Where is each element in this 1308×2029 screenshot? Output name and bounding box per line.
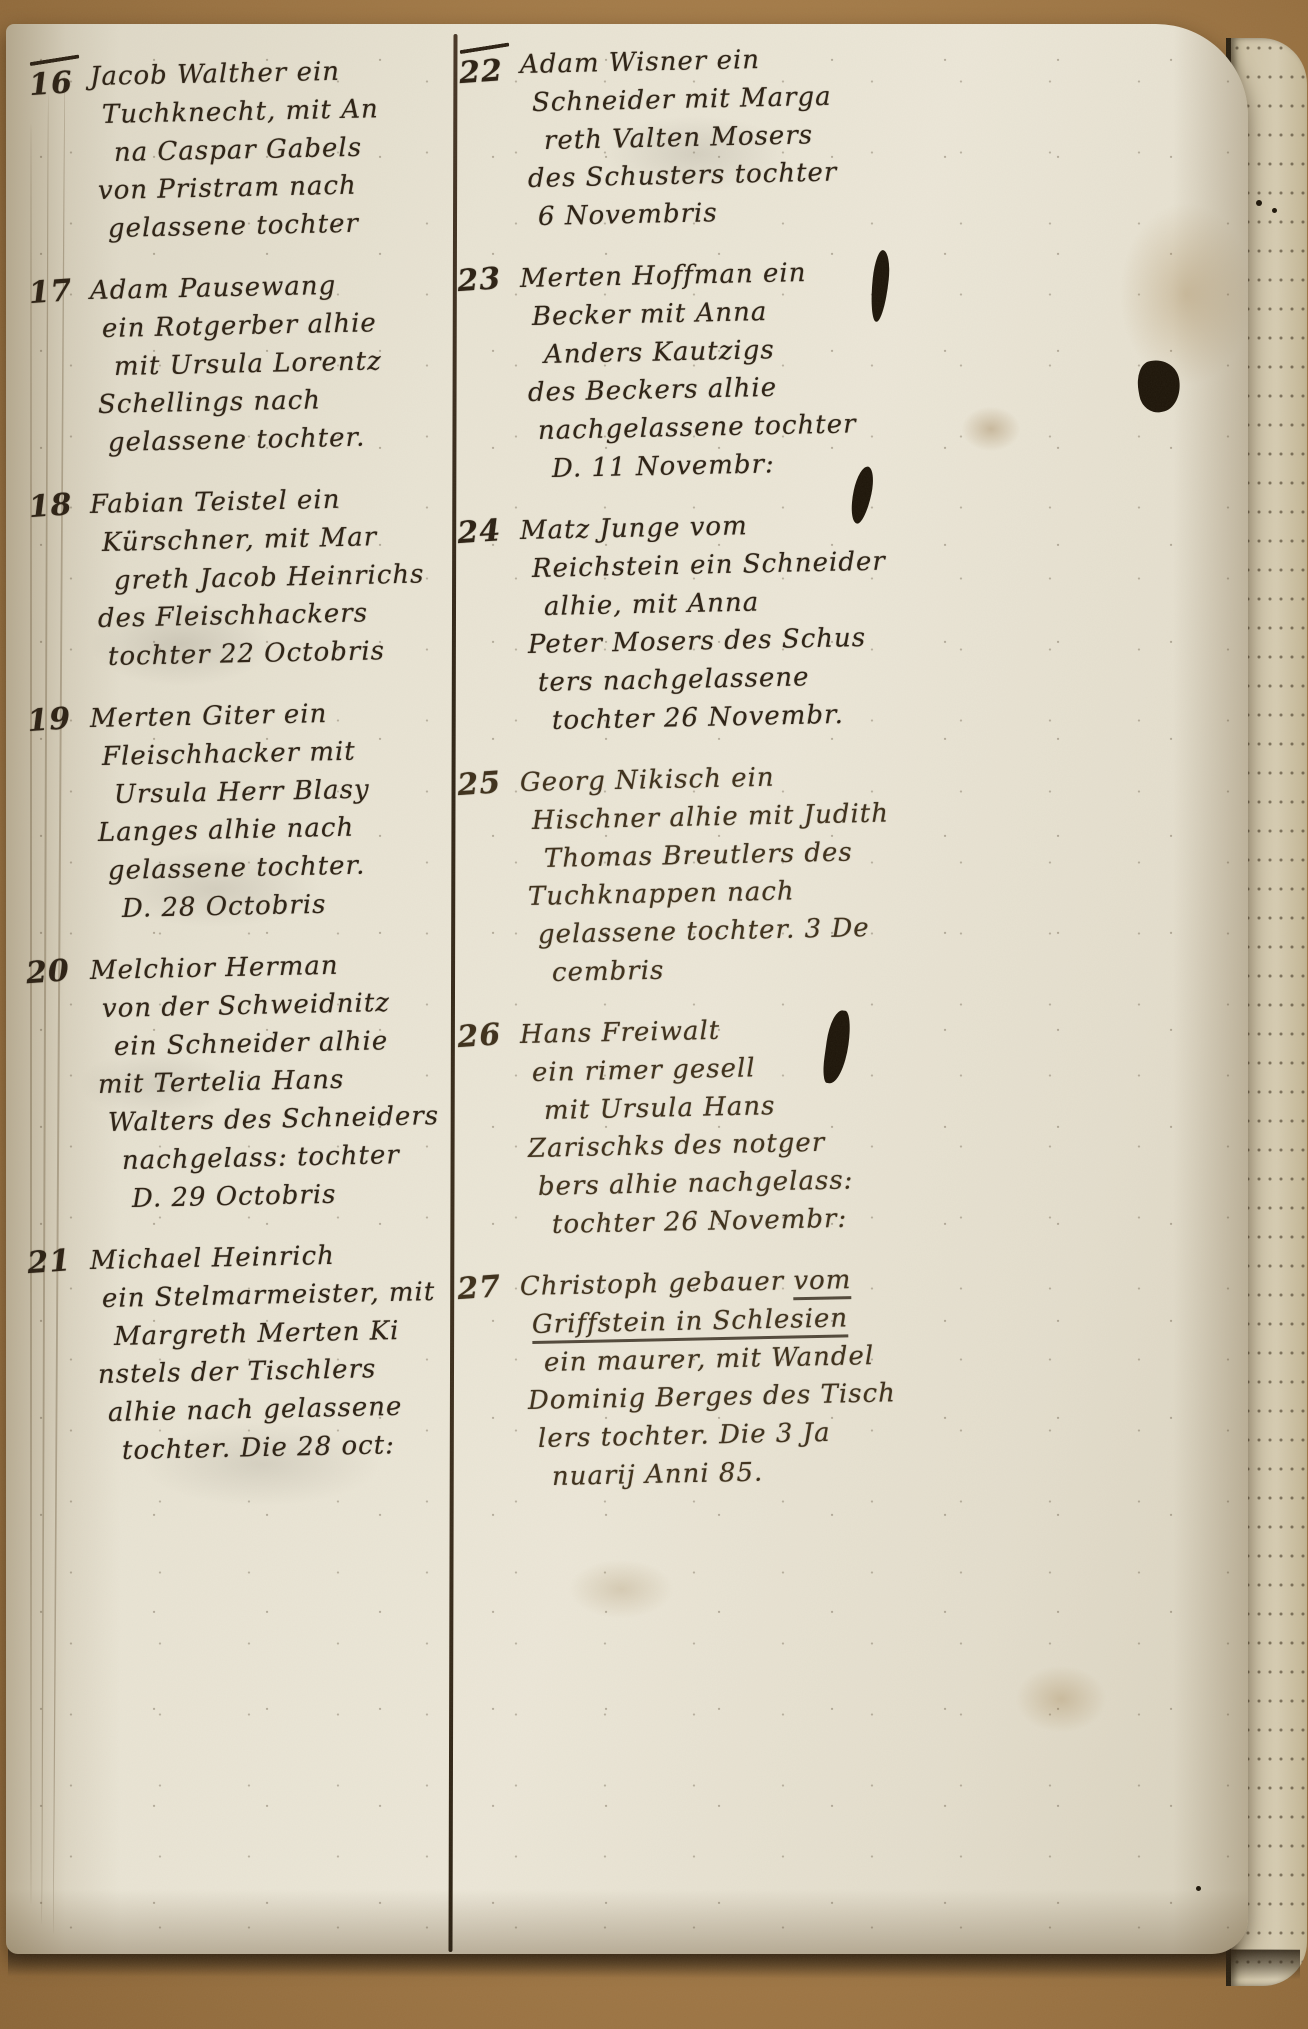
register-entry: 27Christoph gebauer vomGriffstein in Sch… xyxy=(464,1268,916,1496)
entry-line: D. 28 Octobris xyxy=(122,883,449,928)
register-entry: 17Adam Pausewangein Rotgerber alhiemit U… xyxy=(34,272,448,462)
entry-text: Adam Wisner einSchneider mit Margareth V… xyxy=(520,46,916,236)
register-entry: 25Georg Nikisch einHischner alhie mit Ju… xyxy=(464,764,916,992)
entry-line: nuarij Anni 85. xyxy=(552,1450,917,1496)
entry-text: Jacob Walther einTuchknecht, mit Anna Ca… xyxy=(90,58,448,248)
register-entry: 26Hans Freiwaltein rimer gesellmit Ursul… xyxy=(464,1016,916,1244)
entry-number: 23 xyxy=(456,258,528,489)
entry-text: Matz Junge vomReichstein ein Schneideral… xyxy=(520,512,916,740)
entry-text: Fabian Teistel einKürschner, mit Margret… xyxy=(90,486,448,676)
entry-number: 17 xyxy=(27,270,96,463)
ink-dot xyxy=(1196,1886,1201,1891)
entry-text: Christoph gebauer vomGriffstein in Schle… xyxy=(520,1268,916,1496)
entry-number: 25 xyxy=(456,762,528,993)
entry-line: gelassene tochter xyxy=(108,203,449,248)
ink-dot xyxy=(1256,200,1262,206)
entry-line: cembris xyxy=(552,946,917,992)
entry-number: 24 xyxy=(456,510,528,741)
right-column: 22Adam Wisner einSchneider mit Margareth… xyxy=(464,46,916,1520)
register-entry: 24Matz Junge vomReichstein ein Schneider… xyxy=(464,512,916,740)
register-entry: 21Michael Heinrichein Stelmarmeister, mi… xyxy=(34,1242,448,1470)
register-entry: 18Fabian Teistel einKürschner, mit Margr… xyxy=(34,486,448,676)
entry-number: 22 xyxy=(457,44,526,237)
entry-number: 20 xyxy=(25,950,99,1219)
entry-line: tochter 22 Octobris xyxy=(108,631,449,676)
entry-line: tochter 26 Novembr: xyxy=(552,1198,917,1244)
manuscript-page: 16Jacob Walther einTuchknecht, mit Anna … xyxy=(6,24,1248,1954)
entry-text: Michael Heinrichein Stelmarmeister, mitM… xyxy=(90,1242,448,1470)
entry-line: 6 Novembris xyxy=(538,190,917,236)
entry-number: 18 xyxy=(27,484,96,677)
entry-line: D. 29 Octobris xyxy=(132,1173,449,1218)
entry-number: 21 xyxy=(26,1240,98,1471)
entry-text: Georg Nikisch einHischner alhie mit Judi… xyxy=(520,764,916,992)
entry-line: tochter. Die 28 oct: xyxy=(122,1425,449,1470)
column-divider-rule xyxy=(448,34,457,1952)
entry-number: 27 xyxy=(456,1266,528,1497)
entry-text: Merten Giter einFleischhacker mitUrsula … xyxy=(90,700,448,928)
register-entry: 20Melchior Hermanvon der Schweidnitzein … xyxy=(34,952,448,1218)
register-entry: 16Jacob Walther einTuchknecht, mit Anna … xyxy=(34,58,448,248)
entry-number: 16 xyxy=(27,56,96,249)
entry-line: tochter 26 Novembr. xyxy=(552,694,917,740)
entry-text: Hans Freiwaltein rimer gesellmit Ursula … xyxy=(520,1016,916,1244)
entry-line: gelassene tochter. xyxy=(108,417,449,462)
entry-text: Merten Hoffman einBecker mit AnnaAnders … xyxy=(520,260,916,488)
book-photograph: { "document": { "kind": "Handwritten chu… xyxy=(0,0,1308,2029)
entry-line: nachgelass: tochter xyxy=(122,1135,449,1180)
entry-number: 19 xyxy=(26,698,98,929)
register-entry: 19Merten Giter einFleischhacker mitUrsul… xyxy=(34,700,448,928)
register-entry: 23Merten Hoffman einBecker mit AnnaAnder… xyxy=(464,260,916,488)
entry-number: 26 xyxy=(456,1014,528,1245)
left-column: 16Jacob Walther einTuchknecht, mit Anna … xyxy=(34,58,448,1494)
underlined-place-name: vom xyxy=(793,1265,852,1300)
entry-text: Adam Pausewangein Rotgerber alhiemit Urs… xyxy=(90,272,448,462)
entry-text: Melchior Hermanvon der Schweidnitzein Sc… xyxy=(90,952,448,1218)
register-entry: 22Adam Wisner einSchneider mit Margareth… xyxy=(464,46,916,236)
ink-dot xyxy=(1272,208,1277,213)
